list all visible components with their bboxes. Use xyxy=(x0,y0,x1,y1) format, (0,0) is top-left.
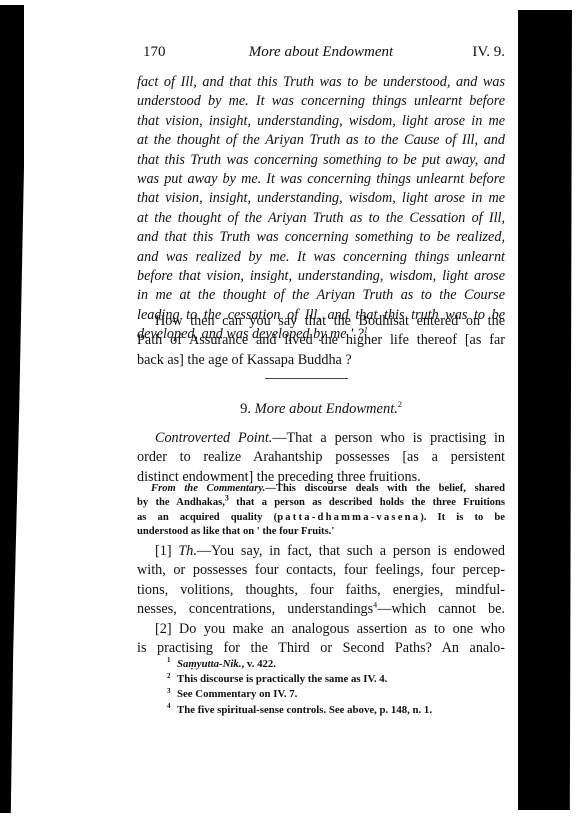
text-line: in me at the thought of the Ariyan Truth… xyxy=(137,286,505,305)
text-line: and that this Truth was concerning somet… xyxy=(137,228,505,247)
text-fragment: as an acquired quality ( xyxy=(137,512,277,523)
text-fragment: —You say, in fact, that such a person is… xyxy=(197,543,505,559)
running-head: 170 More about Endowment IV. 9. xyxy=(137,44,505,66)
text-line: How then can you say that the Bodhisat e… xyxy=(137,312,505,331)
footnote-text: See Commentary on IV. 7. xyxy=(177,688,297,700)
controverted-label: Controverted Point. xyxy=(155,430,272,446)
section-heading: 9. More about Endowment.2 xyxy=(137,401,505,418)
text-line: From the Commentary.—This discourse deal… xyxy=(137,482,505,496)
question-paragraph: How then can you say that the Bodhisat e… xyxy=(137,312,505,370)
text-line: that this Truth was concerning something… xyxy=(137,151,505,170)
text-line: order to realize Arahantship possesses [… xyxy=(137,448,505,467)
discussion: [1] Th.—You say, in fact, that such a pe… xyxy=(137,542,505,658)
footnote-text: This discourse is practically the same a… xyxy=(177,673,387,685)
text-line: fact of Ill, and that this Truth was to … xyxy=(137,73,505,92)
text-fragment: nesses, concentrations, understandings xyxy=(137,601,373,617)
text-fragment: —which cannot be. xyxy=(377,601,505,617)
footnote: 2This discourse is practically the same … xyxy=(167,672,505,687)
quoted-passage: fact of Ill, and that this Truth was to … xyxy=(137,73,505,345)
text-line: by the Andhakas,3 that a person as descr… xyxy=(137,496,505,510)
text-fragment: that a person as described holds the thr… xyxy=(229,497,505,508)
commentary-label: From the Commentary. xyxy=(151,483,265,494)
text-line: Controverted Point.—That a person who is… xyxy=(137,429,505,448)
controverted-point: Controverted Point.—That a person who is… xyxy=(137,429,505,487)
speaker-label: Th. xyxy=(178,543,197,559)
pali-term: patta-dhamma-vasena xyxy=(277,512,420,523)
text-line: before that vision, insight, understandi… xyxy=(137,267,505,286)
text-line: with, or possesses four contacts, four f… xyxy=(137,561,505,580)
text-line: is practising for the Third or Second Pa… xyxy=(137,639,505,658)
running-title: More about Endowment xyxy=(137,44,505,61)
text-line: Path of Assurance and lived the higher l… xyxy=(137,331,505,350)
section-separator xyxy=(265,378,348,379)
footnote-ref: 2 xyxy=(398,400,402,409)
text-line: was put away by me. It was concerning th… xyxy=(137,170,505,189)
text-line: that vision, insight, understanding, wis… xyxy=(137,189,505,208)
footnote: 3See Commentary on IV. 7. xyxy=(167,687,505,702)
text-line: nesses, concentrations, understandings4—… xyxy=(137,600,505,619)
text-line: understood as like that on ' the four Fr… xyxy=(137,525,505,539)
text-fragment: by the Andhakas, xyxy=(137,497,225,508)
footnote: 4The five spiritual-sense controls. See … xyxy=(167,703,505,718)
text-line: that vision, insight, understanding, wis… xyxy=(137,112,505,131)
text-line: at the thought of the Ariyan Truth as to… xyxy=(137,131,505,150)
commentary-note: From the Commentary.—This discourse deal… xyxy=(137,482,505,539)
citation-title: Saṃyutta-Nik. xyxy=(177,658,242,670)
paragraph-marker: [1] xyxy=(155,543,172,559)
text-line: [1] Th.—You say, in fact, that such a pe… xyxy=(137,542,505,561)
text-fragment: ). It is to be xyxy=(420,512,505,523)
text-line: at the thought of the Ariyan Truth as to… xyxy=(137,209,505,228)
footnote-text: , v. 422. xyxy=(242,658,277,670)
text-line: as an acquired quality (patta-dhamma-vas… xyxy=(137,511,505,525)
text-line: tions, volitions, thoughts, four faiths,… xyxy=(137,581,505,600)
section-ref: IV. 9. xyxy=(472,44,505,61)
text-fragment: —That a person who is practising in xyxy=(272,430,505,446)
section-title: More about Endowment. xyxy=(255,401,398,417)
text-line: [2] Do you make an analogous assertion a… xyxy=(137,620,505,639)
scan-border-right xyxy=(518,10,572,810)
footnotes: 1Saṃyutta-Nik., v. 422. 2This discourse … xyxy=(167,657,505,718)
text-line: understood by me. It was concerning thin… xyxy=(137,92,505,111)
footnote: 1Saṃyutta-Nik., v. 422. xyxy=(167,657,505,672)
footnote-text: The five spiritual-sense controls. See a… xyxy=(177,704,432,716)
scan-border-left xyxy=(0,5,24,813)
text-line: back as] the age of Kassapa Buddha ? xyxy=(137,351,505,370)
text-fragment: —This discourse deals with the belief, s… xyxy=(265,483,505,494)
text-line: and was realized by me. It was concernin… xyxy=(137,248,505,267)
section-number: 9. xyxy=(240,401,251,417)
